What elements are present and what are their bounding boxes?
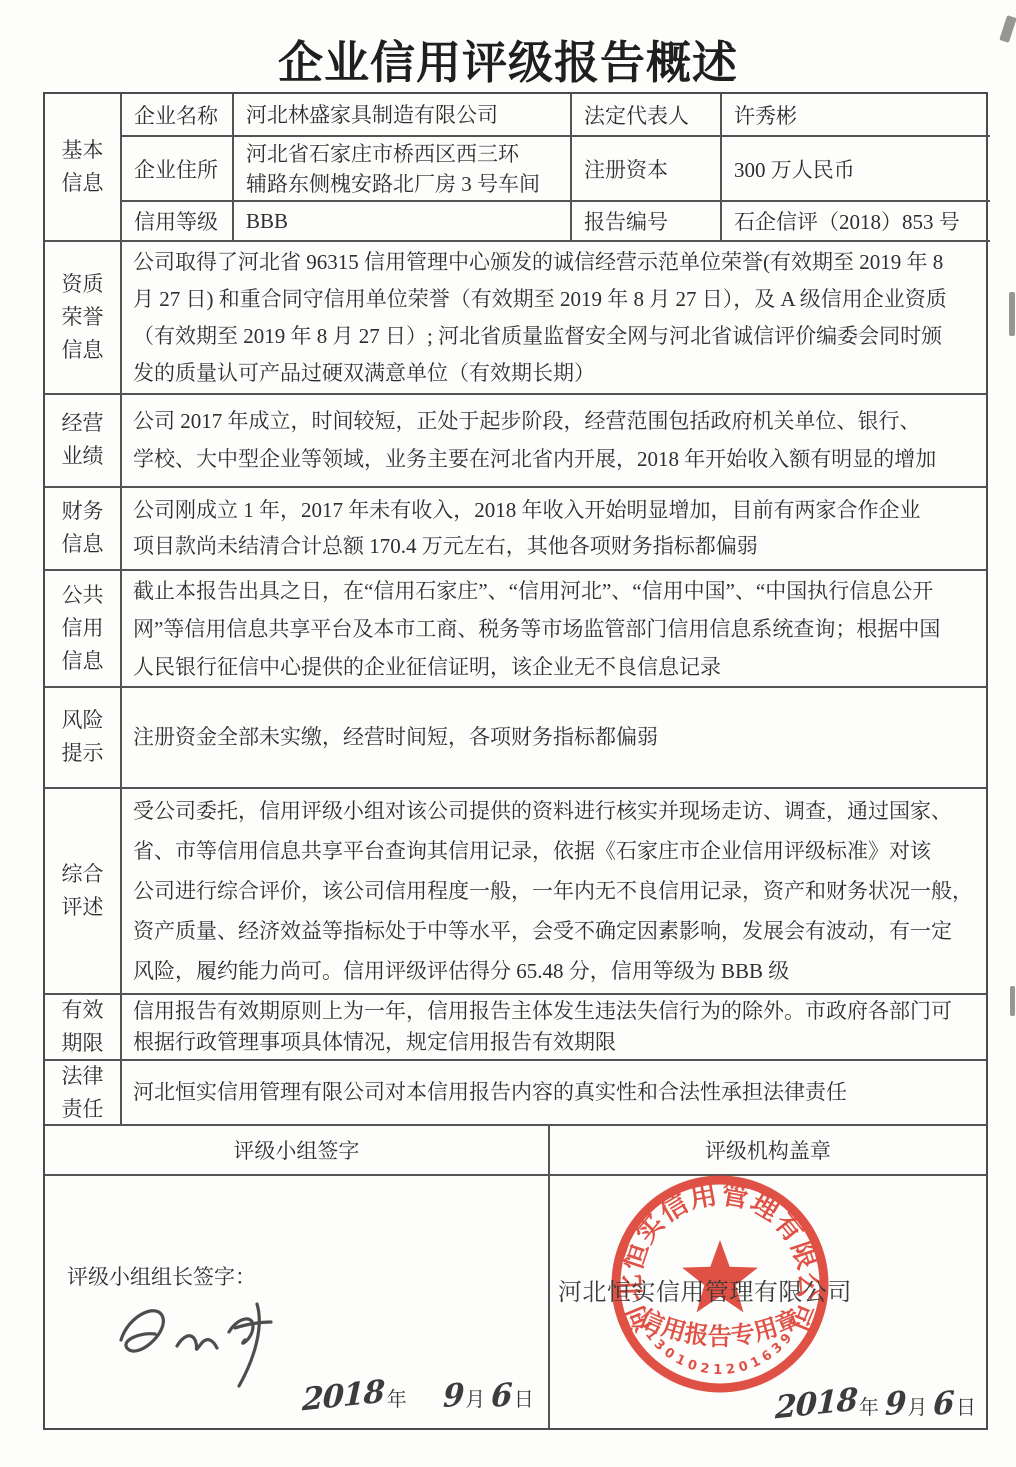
section-comprehensive-review: 综合 评述 受公司委托，信用评级小组对该公司提供的资料进行核实并现场走访、调查，… (45, 789, 986, 996)
section-text-risk-warning: 注册资金全部未实缴，经营时间短，各项财务指标都偏弱 (122, 688, 986, 788)
team-signature-header: 评级小组签字 (45, 1126, 550, 1176)
section-legal-liability: 法律 责任 河北恒实信用管理有限公司对本信用报告内容的真实性和合法性承担法律责任 (45, 1061, 986, 1126)
report-table: 基本 信息 企业名称 河北林盛家具制造有限公司 法定代表人 许秀彬 企业住所 河… (43, 92, 988, 1430)
field-value-company-name: 河北林盛家具制造有限公司 (234, 94, 572, 137)
section-honors: 资质 荣誉 信息 公司取得了河北省 96315 信用管理中心颁发的诚信经营示范单… (45, 242, 986, 395)
section-text-financial-info: 公司刚成立 1 年，2017 年未有收入，2018 年收入开始明显增加，目前有两… (122, 488, 986, 572)
day-unit: 日 (514, 1389, 534, 1411)
section-label-risk-warning: 风险 提示 (45, 688, 122, 788)
handwritten-month: 9 (442, 1377, 464, 1415)
field-value-legal-representative: 许秀彬 (722, 94, 990, 137)
team-signature-date: 2018年 9月 6日 (302, 1378, 535, 1414)
section-label-business-performance: 经营 业绩 (45, 395, 122, 488)
section-public-credit: 公共 信用 信息 截止本报告出具之日，在“信用石家庄”、“信用河北”、“信用中国… (45, 571, 986, 688)
handwritten-year: 2018 (302, 1374, 385, 1419)
field-label-legal-representative: 法定代表人 (572, 94, 722, 137)
signature-body-row: 评级小组组长签字： 2018年 9月 6日 (45, 1176, 986, 1428)
scan-artifact (1010, 986, 1015, 1016)
signature-header-row: 评级小组签字 评级机构盖章 (45, 1126, 986, 1176)
section-label-public-credit: 公共 信用 信息 (45, 571, 122, 688)
section-risk-warning: 风险 提示 注册资金全部未实缴，经营时间短，各项财务指标都偏弱 (45, 688, 986, 788)
section-label-financial-info: 财务 信息 (45, 488, 122, 572)
team-signature-cell: 评级小组组长签字： 2018年 9月 6日 (45, 1176, 550, 1428)
handwritten-year: 2018 (774, 1382, 857, 1427)
credit-rating-report-page: 企业信用评级报告概述 基本 信息 企业名称 河北林盛家具制造有限公司 法定代表人… (0, 0, 1016, 1467)
field-label-credit-grade: 信用等级 (122, 202, 234, 242)
section-text-validity-period: 信用报告有效期原则上为一年，信用报告主体发生违法失信行为的除外。市政府各部门可 … (122, 995, 986, 1061)
year-unit: 年 (387, 1389, 407, 1411)
handwritten-month: 9 (884, 1385, 906, 1423)
team-leader-signature-label: 评级小组组长签字： (67, 1261, 256, 1291)
month-unit: 月 (465, 1389, 485, 1411)
agency-name-printed: 河北恒实信用管理有限公司 (558, 1272, 852, 1307)
year-unit: 年 (859, 1397, 879, 1419)
section-text-honors: 公司取得了河北省 96315 信用管理中心颁发的诚信经营示范单位荣誉(有效期至 … (122, 242, 986, 395)
field-value-credit-grade: BBB (234, 202, 572, 242)
section-label-validity-period: 有效 期限 (45, 995, 122, 1061)
field-label-company-address: 企业住所 (122, 137, 234, 202)
handwritten-day: 6 (491, 1377, 513, 1415)
day-unit: 日 (956, 1397, 976, 1419)
scan-artifact (1009, 292, 1015, 336)
section-text-business-performance: 公司 2017 年成立，时间较短，正处于起步阶段，经营范围包括政府机关单位、银行… (122, 395, 986, 488)
section-text-public-credit: 截止本报告出具之日，在“信用石家庄”、“信用河北”、“信用中国”、“中国执行信息… (122, 571, 986, 688)
handwritten-signature (107, 1288, 317, 1393)
section-label-comprehensive-review: 综合 评述 (45, 789, 122, 996)
section-basic-info: 基本 信息 企业名称 河北林盛家具制造有限公司 法定代表人 许秀彬 企业住所 河… (45, 94, 986, 242)
field-label-company-name: 企业名称 (122, 94, 234, 137)
month-unit: 月 (907, 1397, 927, 1419)
section-business-performance: 经营 业绩 公司 2017 年成立，时间较短，正处于起步阶段，经营范围包括政府机… (45, 395, 986, 488)
section-label-basic-info: 基本 信息 (45, 94, 122, 242)
page-title: 企业信用评级报告概述 (0, 26, 1016, 91)
section-label-honors: 资质 荣誉 信息 (45, 242, 122, 395)
section-text-comprehensive-review: 受公司委托，信用评级小组对该公司提供的资料进行核实并现场走访、调查，通过国家、 … (122, 789, 986, 996)
field-label-report-number: 报告编号 (572, 202, 722, 242)
field-value-report-number: 石企信评（2018）853 号 (722, 202, 990, 242)
field-label-registered-capital: 注册资本 (572, 137, 722, 202)
agency-stamp-date: 2018年 9月 6日 (775, 1386, 978, 1422)
agency-stamp-cell: 河北恒实信用管理有限公司 信用报告专用章 1301021201639 河北恒实信… (550, 1176, 986, 1428)
section-financial-info: 财务 信息 公司刚成立 1 年，2017 年未有收入，2018 年收入开始明显增… (45, 488, 986, 572)
section-text-legal-liability: 河北恒实信用管理有限公司对本信用报告内容的真实性和合法性承担法律责任 (122, 1061, 986, 1126)
section-label-legal-liability: 法律 责任 (45, 1061, 122, 1126)
field-value-company-address: 河北省石家庄市桥西区西三环 辅路东侧槐安路北厂房 3 号车间 (234, 137, 572, 202)
section-validity-period: 有效 期限 信用报告有效期原则上为一年，信用报告主体发生违法失信行为的除外。市政… (45, 995, 986, 1061)
handwritten-day: 6 (933, 1385, 955, 1423)
field-value-registered-capital: 300 万人民币 (722, 137, 990, 202)
